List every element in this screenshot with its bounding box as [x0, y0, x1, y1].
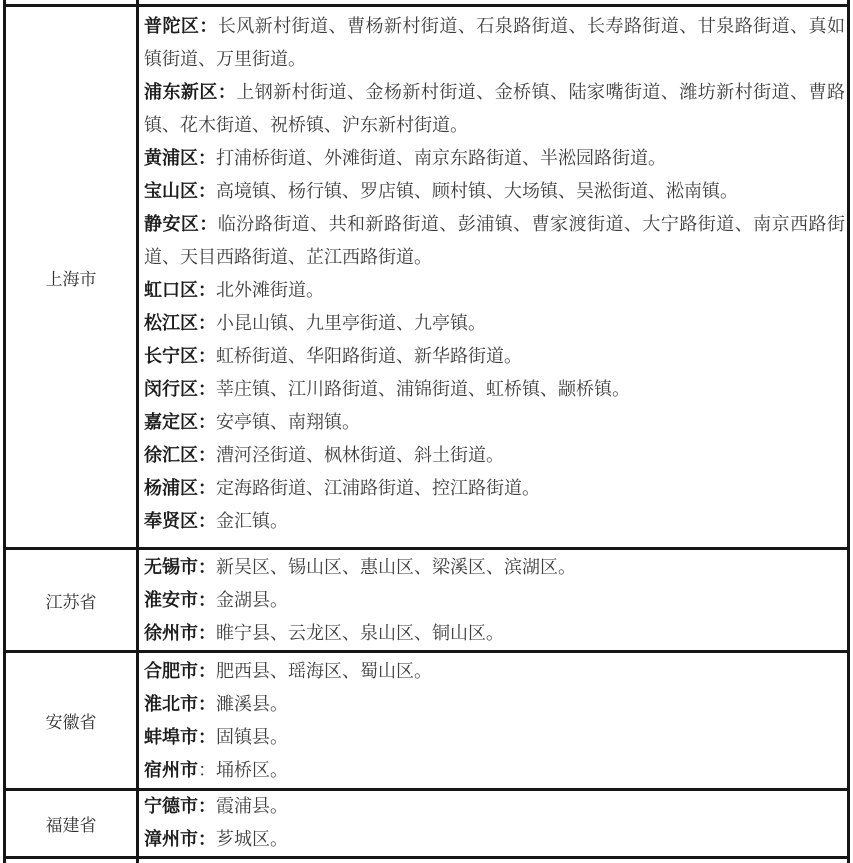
district-entry: 淮北市：濉溪县。: [144, 688, 845, 721]
district-name: 宿州市: [144, 760, 198, 780]
district-entry: 静安区：临汾路街道、共和新路街道、彭浦镇、曹家渡街道、大宁路街道、南京西路街道、…: [144, 208, 845, 274]
district-name: 徐汇区：: [144, 445, 216, 465]
district-items: 濉溪县。: [216, 694, 288, 714]
district-items: 北外滩街道。: [216, 280, 324, 300]
district-name: 宝山区：: [144, 181, 216, 201]
district-items: 上钢新村街道、金杨新村街道、金桥镇、陆家嘴街道、潍坊新村街道、曹路镇、花木街道、…: [144, 82, 845, 135]
region-table-page: 上海市 江苏省 安徽省 福建省 普陀区：长风新村街道、曹杨新村街道、石泉路街道、…: [0, 0, 853, 863]
district-entry: 宿州市：埇桥区。: [144, 754, 845, 787]
district-name: 普陀区：: [144, 16, 218, 36]
district-items: 长风新村街道、曹杨新村街道、石泉路街道、长寿路街道、甘泉路街道、真如镇街道、万里…: [144, 16, 845, 69]
district-entry: 浦东新区：上钢新村街道、金杨新村街道、金桥镇、陆家嘴街道、潍坊新村街道、曹路镇、…: [144, 76, 845, 142]
province-name: 上海市: [46, 265, 97, 290]
district-items: ：埇桥区。: [198, 760, 288, 780]
district-items: 高境镇、杨行镇、罗店镇、顾村镇、大场镇、吴淞街道、淞南镇。: [216, 181, 738, 201]
district-items: 莘庄镇、江川路街道、浦锦街道、虹桥镇、颛桥镇。: [216, 379, 630, 399]
district-items: 安亭镇、南翔镇。: [216, 412, 360, 432]
district-items: 霞浦县。: [216, 796, 288, 816]
district-entry: 奉贤区：金汇镇。: [144, 505, 845, 538]
province-name: 安徽省: [46, 708, 97, 733]
district-items: 打浦桥街道、外滩街道、南京东路街道、半淞园路街道。: [216, 148, 666, 168]
district-name: 嘉定区：: [144, 412, 216, 432]
district-name: 杨浦区：: [144, 478, 216, 498]
province-label-shanghai: 上海市: [6, 7, 136, 547]
district-entry: 蚌埠市：固镇县。: [144, 721, 845, 754]
district-name: 徐州市：: [144, 623, 216, 643]
district-items: 固镇县。: [216, 727, 288, 747]
district-name: 松江区：: [144, 313, 216, 333]
table-bottom-border: [3, 856, 850, 859]
district-name: 虹口区：: [144, 280, 216, 300]
districts-cell-anhui: 合肥市：肥西县、瑶海区、蜀山区。 淮北市：濉溪县。 蚌埠市：固镇县。 宿州市：埇…: [144, 655, 845, 787]
district-entry: 宝山区：高境镇、杨行镇、罗店镇、顾村镇、大场镇、吴淞街道、淞南镇。: [144, 175, 845, 208]
province-name: 江苏省: [46, 588, 97, 613]
district-items: 金湖县。: [216, 590, 288, 610]
district-items: 定海路街道、江浦路街道、控江路街道。: [216, 478, 540, 498]
province-label-jiangsu: 江苏省: [6, 550, 136, 650]
district-name: 静安区：: [144, 214, 218, 234]
table-column-divider: [136, 0, 139, 863]
district-items: 新吴区、锡山区、惠山区、梁溪区、滨湖区。: [216, 557, 576, 577]
district-entry: 杨浦区：定海路街道、江浦路街道、控江路街道。: [144, 472, 845, 505]
district-name: 淮安市：: [144, 590, 216, 610]
district-entry: 嘉定区：安亭镇、南翔镇。: [144, 406, 845, 439]
district-name: 漳州市：: [144, 829, 216, 849]
district-items: 小昆山镇、九里亭街道、九亭镇。: [216, 313, 486, 333]
district-items: 芗城区。: [216, 829, 288, 849]
district-name: 长宁区：: [144, 346, 216, 366]
district-items: 肥西县、瑶海区、蜀山区。: [216, 661, 432, 681]
district-name: 合肥市：: [144, 661, 216, 681]
district-entry: 无锡市：新吴区、锡山区、惠山区、梁溪区、滨湖区。: [144, 551, 845, 584]
district-entry: 合肥市：肥西县、瑶海区、蜀山区。: [144, 655, 845, 688]
district-name: 蚌埠市：: [144, 727, 216, 747]
district-name: 无锡市：: [144, 557, 216, 577]
province-label-fujian: 福建省: [6, 791, 136, 856]
table-right-border: [847, 0, 850, 863]
district-entry: 淮安市：金湖县。: [144, 584, 845, 617]
district-items: 临汾路街道、共和新路街道、彭浦镇、曹家渡街道、大宁路街道、南京西路街道、天目西路…: [144, 214, 845, 267]
district-entry: 宁德市：霞浦县。: [144, 790, 845, 823]
district-entry: 漳州市：芗城区。: [144, 823, 845, 856]
district-name: 奉贤区：: [144, 511, 216, 531]
district-name: 闵行区：: [144, 379, 216, 399]
district-name: 黄浦区：: [144, 148, 216, 168]
district-name: 宁德市：: [144, 796, 216, 816]
district-items: 漕河泾街道、枫林街道、斜土街道。: [216, 445, 504, 465]
district-items: 虹桥街道、华阳路街道、新华路街道。: [216, 346, 522, 366]
province-label-anhui: 安徽省: [6, 653, 136, 788]
district-entry: 徐州市：睢宁县、云龙区、泉山区、铜山区。: [144, 617, 845, 650]
district-entry: 普陀区：长风新村街道、曹杨新村街道、石泉路街道、长寿路街道、甘泉路街道、真如镇街…: [144, 10, 845, 76]
district-entry: 闵行区：莘庄镇、江川路街道、浦锦街道、虹桥镇、颛桥镇。: [144, 373, 845, 406]
district-entry: 黄浦区：打浦桥街道、外滩街道、南京东路街道、半淞园路街道。: [144, 142, 845, 175]
districts-cell-fujian: 宁德市：霞浦县。 漳州市：芗城区。: [144, 790, 845, 856]
district-entry: 长宁区：虹桥街道、华阳路街道、新华路街道。: [144, 340, 845, 373]
district-items: 睢宁县、云龙区、泉山区、铜山区。: [216, 623, 504, 643]
district-entry: 虹口区：北外滩街道。: [144, 274, 845, 307]
district-entry: 徐汇区：漕河泾街道、枫林街道、斜土街道。: [144, 439, 845, 472]
district-entry: 松江区：小昆山镇、九里亭街道、九亭镇。: [144, 307, 845, 340]
province-name: 福建省: [46, 811, 97, 836]
district-name: 淮北市：: [144, 694, 216, 714]
districts-cell-jiangsu: 无锡市：新吴区、锡山区、惠山区、梁溪区、滨湖区。 淮安市：金湖县。 徐州市：睢宁…: [144, 551, 845, 650]
district-items: 金汇镇。: [216, 511, 288, 531]
districts-cell-shanghai: 普陀区：长风新村街道、曹杨新村街道、石泉路街道、长寿路街道、甘泉路街道、真如镇街…: [144, 10, 845, 538]
district-name: 浦东新区：: [144, 82, 236, 102]
